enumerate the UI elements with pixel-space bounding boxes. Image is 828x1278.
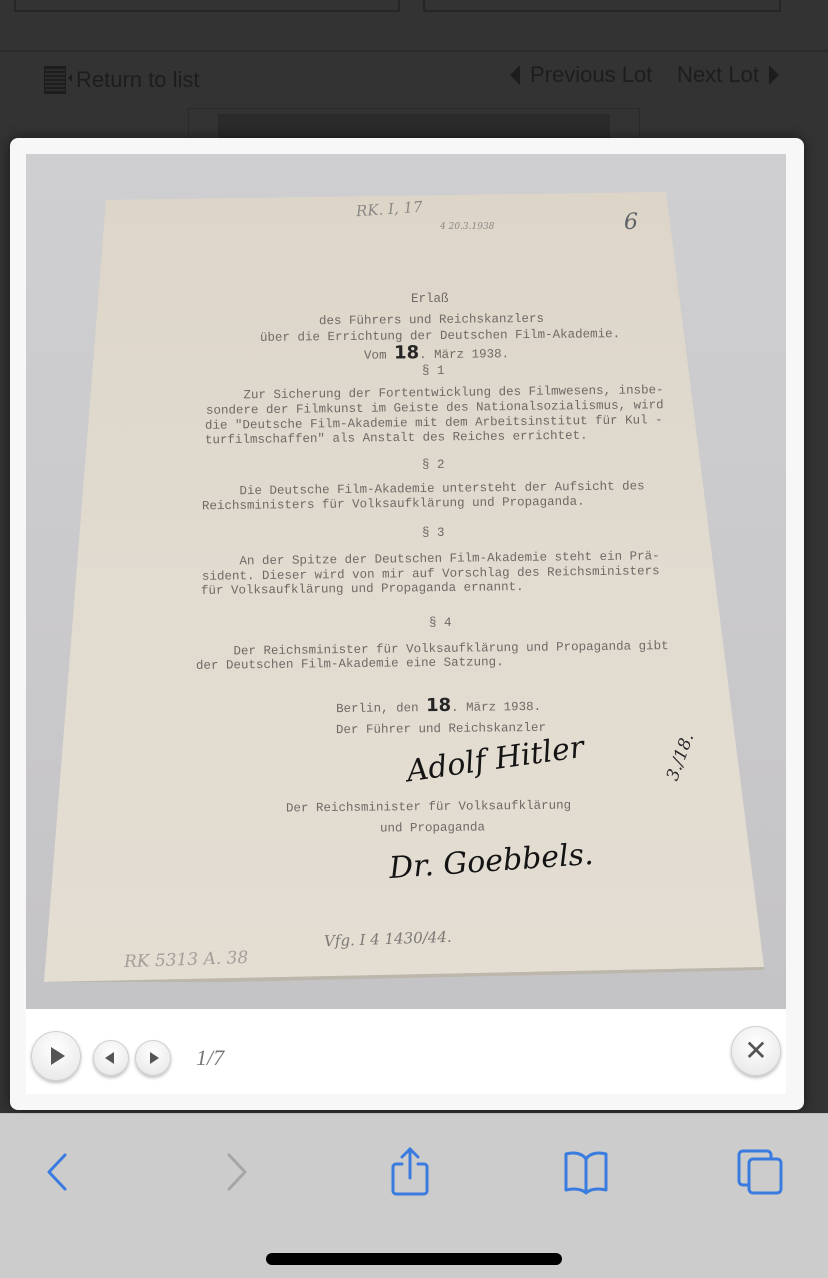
section-heading: § 1 <box>422 364 445 378</box>
next-lot-link[interactable]: Next Lot <box>677 62 779 88</box>
document-place-date: Berlin, den 18. März 1938. <box>336 694 541 717</box>
document-date: Vom 18. März 1938. <box>364 341 509 364</box>
image-lightbox: RK. I, 17 4 20.3.1938 6 Erlaß des Führer… <box>10 138 804 1110</box>
browser-back-button[interactable] <box>30 1144 86 1200</box>
home-indicator <box>266 1253 562 1265</box>
tabs-icon <box>735 1147 785 1197</box>
share-button[interactable] <box>382 1144 438 1200</box>
margin-note: 3./18. <box>663 731 699 784</box>
section-text-line: der Deutschen Film-Akademie eine Satzung… <box>195 655 503 673</box>
return-to-list-link[interactable]: Return to list <box>44 66 200 94</box>
previous-image-icon <box>105 1052 114 1064</box>
bottom-note-2: Vfg. I 4 1430/44. <box>324 928 452 950</box>
tabs-button[interactable] <box>732 1144 788 1200</box>
signature-1: Adolf Hitler <box>404 730 586 790</box>
bottom-note-1: RK 5313 A. 38 <box>124 948 249 972</box>
signer-1-title: Der Führer und Reichskanzler <box>336 721 546 737</box>
book-icon <box>560 1149 612 1195</box>
background-divider <box>0 50 828 52</box>
section-text-line: für Volksaufklärung und Propaganda ernan… <box>201 580 524 598</box>
top-annotation: RK. I, 17 <box>355 198 423 221</box>
page-number: 6 <box>624 210 638 235</box>
signer-2-title-line-2: und Propaganda <box>380 820 485 835</box>
signer-2-title-line-1: Der Reichsminister für Volksaufklärung <box>286 799 571 816</box>
section-heading: § 3 <box>422 526 445 540</box>
close-icon: ✕ <box>744 1037 767 1065</box>
play-icon <box>51 1047 65 1065</box>
top-annotation-small: 4 20.3.1938 <box>440 222 494 232</box>
section-heading: § 2 <box>422 458 445 472</box>
image-counter: 1/7 <box>196 1045 224 1071</box>
next-image-icon <box>150 1052 159 1064</box>
return-to-list-label: Return to list <box>76 67 200 93</box>
browser-forward-button[interactable] <box>208 1144 264 1200</box>
arrow-right-icon <box>769 65 779 85</box>
arrow-left-icon <box>510 65 520 85</box>
document-text: RK. I, 17 4 20.3.1938 6 Erlaß des Führer… <box>44 192 764 982</box>
share-icon <box>388 1146 432 1198</box>
previous-lot-label: Previous Lot <box>530 62 652 88</box>
close-lightbox-button[interactable]: ✕ <box>731 1026 781 1076</box>
document-paper: RK. I, 17 4 20.3.1938 6 Erlaß des Führer… <box>44 192 764 982</box>
document-subtitle-1: des Führers und Reichskanzlers <box>319 312 544 328</box>
chevron-left-icon <box>43 1151 73 1193</box>
lot-photo: RK. I, 17 4 20.3.1938 6 Erlaß des Führer… <box>26 154 786 1009</box>
previous-image-button[interactable] <box>93 1040 129 1076</box>
previous-lot-link[interactable]: Previous Lot <box>510 62 652 88</box>
document-title: Erlaß <box>411 292 449 306</box>
next-image-button[interactable] <box>135 1040 171 1076</box>
bookmarks-button[interactable] <box>558 1144 614 1200</box>
background-card-right <box>423 0 781 12</box>
chevron-right-icon <box>221 1151 251 1193</box>
slideshow-play-button[interactable] <box>31 1031 81 1081</box>
next-lot-label: Next Lot <box>677 62 759 88</box>
list-icon <box>44 66 66 94</box>
browser-toolbar <box>0 1113 828 1278</box>
signature-2: Dr. Goebbels. <box>388 837 595 886</box>
lightbox-controls: 1/7 ✕ <box>26 1009 786 1094</box>
section-heading: § 4 <box>429 616 452 630</box>
background-card-left <box>14 0 400 12</box>
